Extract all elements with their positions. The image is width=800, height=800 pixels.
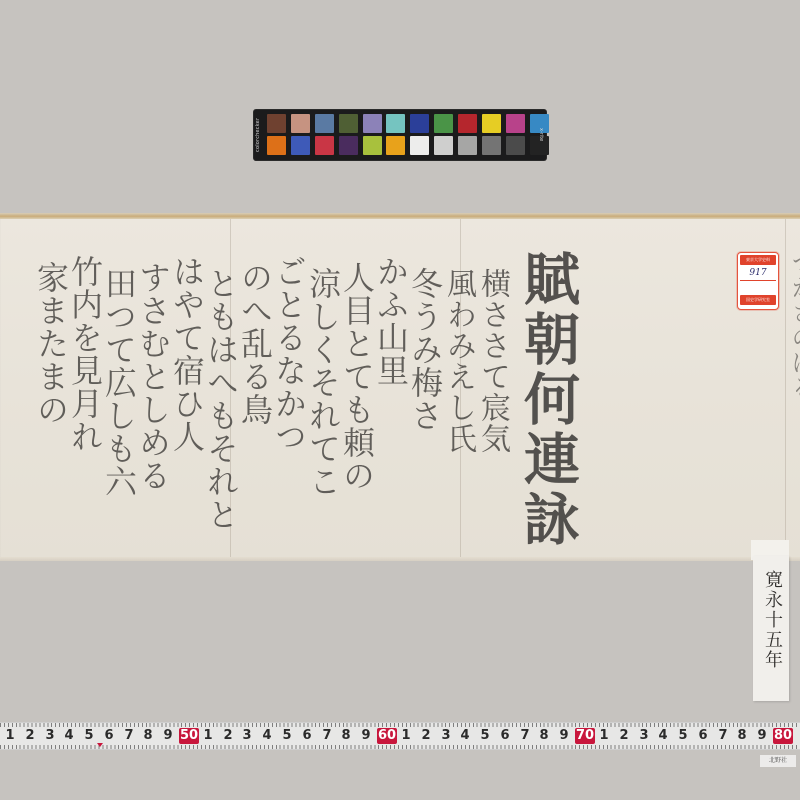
- color-swatch: [363, 114, 382, 133]
- color-checker-card: colorchecker x-rite: [254, 110, 546, 160]
- ruler-label: 4: [455, 728, 475, 744]
- color-swatch: [339, 114, 358, 133]
- ruler-label: 6: [495, 728, 515, 744]
- ruler-label: 3: [436, 728, 456, 744]
- right-edge-text: つかさのはる: [784, 250, 800, 530]
- ruler-label: 2: [218, 728, 238, 744]
- ruler-label: 7: [317, 728, 337, 744]
- ruler-label: 2: [416, 728, 436, 744]
- ruler-label: 3: [40, 728, 60, 744]
- sticker-header: 東京大学史料: [740, 255, 776, 265]
- library-label-sticker: 東京大学史料 917 国史学研究室: [737, 252, 779, 310]
- color-swatch: [339, 136, 358, 155]
- color-swatch: [267, 114, 286, 133]
- scroll-top-edge: [0, 213, 800, 219]
- color-swatch: [386, 114, 405, 133]
- ruler-label: 9: [752, 728, 772, 744]
- ruler-major-label: 60: [377, 728, 397, 744]
- ruler-label: 1: [396, 728, 416, 744]
- xrite-logo: x-rite: [536, 120, 544, 150]
- ruler-label: 6: [297, 728, 317, 744]
- ruler-marker-icon: [97, 743, 103, 747]
- color-swatch: [458, 114, 477, 133]
- color-swatch: [458, 136, 477, 155]
- ruler-label: 4: [59, 728, 79, 744]
- ruler-label: 8: [336, 728, 356, 744]
- ruler-label: 8: [534, 728, 554, 744]
- color-swatch: [410, 136, 429, 155]
- document-title: 賦朝何連詠: [508, 250, 588, 550]
- ruler-label: 9: [158, 728, 178, 744]
- ruler-major-label: 80: [773, 728, 793, 744]
- ruler-label: 9: [356, 728, 376, 744]
- color-swatch: [315, 136, 334, 155]
- scroll-bottom-edge: [0, 557, 800, 561]
- sticker-footer: 国史学研究室: [740, 295, 776, 305]
- color-swatch: [482, 114, 501, 133]
- color-swatch: [291, 136, 310, 155]
- ruler-major-label: 70: [575, 728, 595, 744]
- ruler-label: 7: [713, 728, 733, 744]
- catalog-number: 917: [740, 267, 776, 281]
- ruler-label: 4: [653, 728, 673, 744]
- color-swatch-grid: [267, 114, 549, 155]
- ruler-label: 5: [79, 728, 99, 744]
- ruler-label: 3: [237, 728, 257, 744]
- ruler-label: 4: [257, 728, 277, 744]
- ruler-label: 2: [20, 728, 40, 744]
- color-swatch: [482, 136, 501, 155]
- date-tag: 寛永十五年: [753, 556, 789, 701]
- date-tag-text: 寛永十五年: [759, 570, 785, 670]
- color-swatch: [291, 114, 310, 133]
- color-swatch: [363, 136, 382, 155]
- ruler-label: 5: [475, 728, 495, 744]
- ruler-label: 6: [693, 728, 713, 744]
- ruler-label: 2: [614, 728, 634, 744]
- ruler-label: 7: [119, 728, 139, 744]
- ruler-major-label: 50: [179, 728, 199, 744]
- ruler-label: 3: [634, 728, 654, 744]
- ruler-label: 8: [138, 728, 158, 744]
- sticker-blank-field: [740, 281, 776, 293]
- color-checker-brand: colorchecker: [255, 114, 265, 156]
- color-swatch: [267, 136, 286, 155]
- ruler-label: 1: [594, 728, 614, 744]
- ruler-label: 8: [732, 728, 752, 744]
- color-swatch: [315, 114, 334, 133]
- ruler-label: 1: [198, 728, 218, 744]
- color-swatch: [434, 114, 453, 133]
- ruler-label: 5: [673, 728, 693, 744]
- measuring-ruler: 1234567895012345678960123456789701234567…: [0, 722, 800, 750]
- color-swatch: [506, 136, 525, 155]
- ruler-label: 1: [0, 728, 20, 744]
- color-swatch: [506, 114, 525, 133]
- ruler-label: 7: [515, 728, 535, 744]
- ruler-label: 5: [277, 728, 297, 744]
- publisher-label: 北野社: [760, 755, 796, 767]
- ruler-label: 9: [554, 728, 574, 744]
- calligraphy-column: 家またまの: [28, 261, 74, 551]
- color-swatch: [410, 114, 429, 133]
- ruler-label: 6: [99, 728, 119, 744]
- color-swatch: [434, 136, 453, 155]
- color-swatch: [386, 136, 405, 155]
